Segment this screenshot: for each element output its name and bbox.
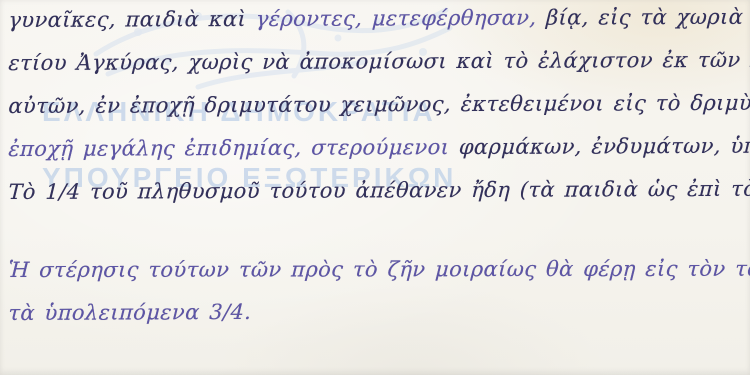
handwritten-line: Ἡ στέρησις τούτων τῶν πρὸς τὸ ζῆν μοιραί… [8, 257, 750, 282]
handwritten-line: αὐτῶν, ἐν ἐποχῇ δριμυτάτου χειμῶνος, ἐκτ… [8, 90, 750, 118]
handwriting-segment: Τὸ 1/4 τοῦ πληθυσμοῦ τούτου ἀπέθανεν ἤδη… [8, 176, 750, 204]
handwriting-segment: τὰ ὑπολειπόμενα 3/4. [8, 300, 252, 325]
handwritten-line: ετίου Ἀγκύρας, χωρὶς νὰ ἀποκομίσωσι καὶ … [8, 47, 750, 75]
handwriting-segment: φαρμάκων, ἐνδυμάτων, ὑποδημάτων. [458, 133, 750, 159]
handwritten-line: ἐποχῇ μεγάλης ἐπιδημίας, στερούμενοι φαρ… [8, 133, 750, 161]
handwritten-line: Τὸ 1/4 τοῦ πληθυσμοῦ τούτου ἀπέθανεν ἤδη… [8, 176, 750, 204]
handwritten-line: τὰ ὑπολειπόμενα 3/4. [8, 300, 252, 325]
handwriting-segment: ετίου Ἀγκύρας, χωρὶς νὰ ἀποκομίσωσι καὶ … [8, 47, 750, 75]
handwriting-segment: αὐτῶν, ἐν ἐποχῇ δριμυτάτου χειμῶνος, ἐκτ… [8, 90, 750, 118]
handwriting-segment: γέροντες, μετεφέρθησαν, [255, 6, 537, 31]
handwritten-line: γυναῖκες, παιδιὰ καὶ γέροντες, μετεφέρθη… [8, 4, 750, 32]
handwriting-segment: ἐποχῇ μεγάλης ἐπιδημίας, στερούμενοι [8, 135, 460, 161]
handwriting-segment: βίᾳ, εἰς τὰ χωριὰ τοῦ Βιλα- [536, 4, 750, 29]
document-page: ΕΛΛΗΝΙΚΗ ΔΗΜΟΚΡΑΤΙΑ ΥΠΟΥΡΓΕΙΟ ΕΞΩΤΕΡΙΚΩΝ… [0, 0, 750, 375]
handwriting-segment: Ἡ στέρησις τούτων τῶν πρὸς τὸ ζῆν [8, 257, 436, 282]
handwriting-segment: μοιραίως θὰ φέρῃ εἰς τὸν τάφον καὶ [435, 257, 750, 282]
handwriting-segment: γυναῖκες, παιδιὰ καὶ [8, 7, 257, 32]
